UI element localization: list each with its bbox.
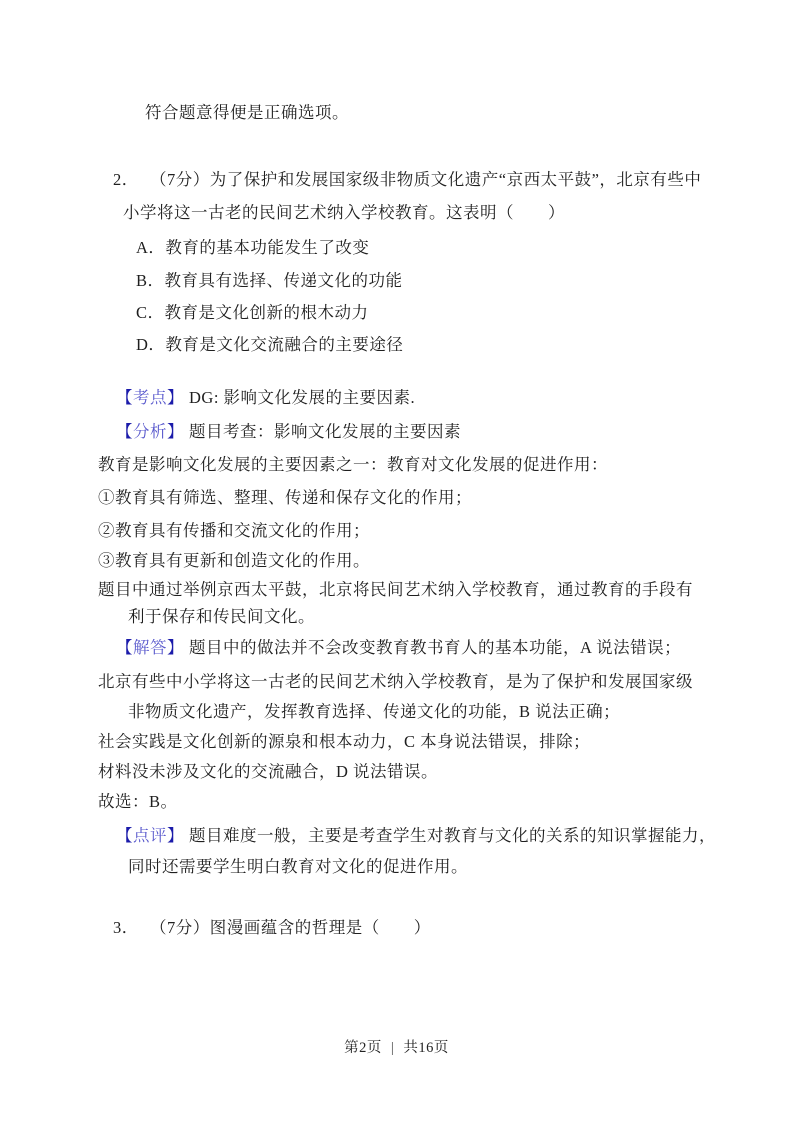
- jieda-line-4: 社会实践是文化创新的源泉和根本动力，C 本身说法错误，排除；: [98, 730, 590, 753]
- question-3-line: 3．（7分）图漫画蕴含的哲理是（ ）: [113, 916, 431, 939]
- bracket-close: 】: [167, 826, 184, 845]
- analysis-line-3: ②教育具有传播和交流文化的作用；: [98, 519, 370, 542]
- question-2-stem-part-2: 小学将这一古老的民间艺术纳入学校教育。这表明（ ）: [123, 201, 565, 224]
- jieda-text: 题目中的做法并不会改变教育教书育人的基本功能，A 说法错误；: [189, 638, 681, 657]
- bracket-open: 【: [116, 826, 133, 845]
- footer-total-pages: 共16页: [403, 1040, 449, 1056]
- analysis-line-2: ①教育具有筛选、整理、传递和保存文化的作用；: [98, 486, 472, 509]
- kaodian-line: 【考点】DG: 影响文化发展的主要因素.: [116, 386, 415, 409]
- dianping-line: 【点评】题目难度一般，主要是考查学生对教育与文化的关系的知识掌握能力，: [116, 824, 716, 847]
- bracket-open: 【: [116, 388, 133, 407]
- footer-separator: |: [391, 1040, 394, 1056]
- question-2-number: 2．: [113, 168, 150, 191]
- question-2-line-1: 2．（7分）为了保护和发展国家级非物质文化遗产“京西太平鼓”，北京有些中: [113, 168, 701, 191]
- dianping-label: 点评: [133, 826, 167, 845]
- jieda-line-5: 材料没未涉及文化的交流融合，D 说法错误。: [98, 760, 438, 783]
- bracket-open: 【: [116, 638, 133, 657]
- jieda-label: 解答: [133, 638, 167, 657]
- fenxi-text: 题目考查：影响文化发展的主要因素: [189, 422, 461, 441]
- question-2-stem-part-1: （7分）为了保护和发展国家级非物质文化遗产“京西太平鼓”，北京有些中: [150, 170, 701, 189]
- question-2-option-d: D．教育是文化交流融合的主要途径: [136, 333, 403, 356]
- kaodian-text: DG: 影响文化发展的主要因素.: [189, 388, 415, 407]
- dianping-text: 题目难度一般，主要是考查学生对教育与文化的关系的知识掌握能力，: [189, 826, 716, 845]
- jieda-line: 【解答】题目中的做法并不会改变教育教书育人的基本功能，A 说法错误；: [116, 636, 681, 659]
- question-3-number: 3．: [113, 916, 150, 939]
- analysis-line-1: 教育是影响文化发展的主要因素之一：教育对文化发展的促进作用：: [98, 453, 608, 476]
- footer-page-number: 第2页: [344, 1040, 382, 1056]
- question-3-stem: （7分）图漫画蕴含的哲理是（ ）: [150, 918, 431, 937]
- bracket-close: 】: [167, 638, 184, 657]
- jieda-line-2: 北京有些中小学将这一古老的民间艺术纳入学校教育，是为了保护和发展国家级: [98, 670, 693, 693]
- bracket-close: 】: [167, 422, 184, 441]
- page-footer: 第2页|共16页: [0, 1036, 793, 1057]
- fenxi-line: 【分析】题目考查：影响文化发展的主要因素: [116, 420, 461, 443]
- jieda-line-3: 非物质文化遗产，发挥教育选择、传递文化的功能，B 说法正确；: [128, 700, 620, 723]
- question-2-option-a: A．教育的基本功能发生了改变: [136, 236, 369, 259]
- analysis-line-6: 利于保存和传民间文化。: [128, 605, 315, 628]
- bracket-close: 】: [167, 388, 184, 407]
- analysis-line-5: 题目中通过举例京西太平鼓，北京将民间艺术纳入学校教育，通过教育的手段有: [98, 578, 693, 601]
- kaodian-label: 考点: [133, 388, 167, 407]
- jieda-line-6: 故选：B。: [98, 790, 178, 813]
- question-2-option-c: C．教育是文化创新的根木动力: [136, 301, 369, 324]
- dianping-line-2: 同时还需要学生明白教育对文化的促进作用。: [128, 855, 468, 878]
- fenxi-label: 分析: [133, 422, 167, 441]
- lead-text: 符合题意得便是正确选项。: [145, 101, 349, 124]
- analysis-line-4: ③教育具有更新和创造文化的作用。: [98, 549, 370, 572]
- question-2-option-b: B．教育具有选择、传递文化的功能: [136, 269, 403, 292]
- bracket-open: 【: [116, 422, 133, 441]
- document-page: 符合题意得便是正确选项。 2．（7分）为了保护和发展国家级非物质文化遗产“京西太…: [0, 0, 793, 1122]
